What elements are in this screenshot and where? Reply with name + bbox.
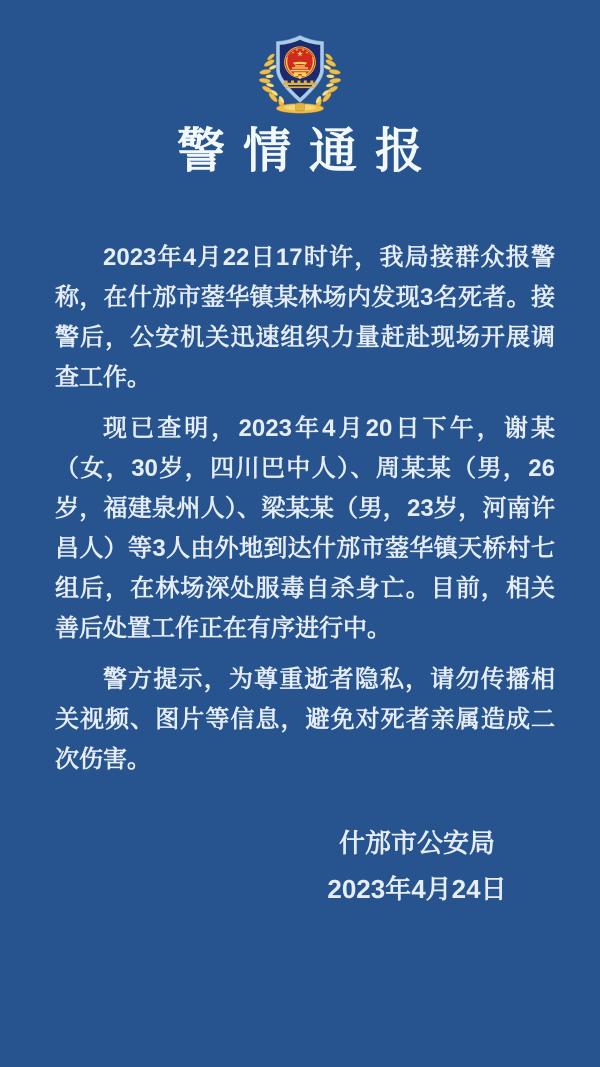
notice-body: 2023年4月22日17时许，我局接群众报警称，在什邡市蓥华镇某林场内发现3名死… <box>55 238 555 780</box>
signature-agency: 什邡市公安局 <box>234 820 600 866</box>
notice-title: 警情通报 <box>0 124 600 180</box>
police-notice-page: 警情通报 2023年4月22日17时许，我局接群众报警称，在什邡市蓥华镇某林场内… <box>0 0 600 1067</box>
signature-date: 2023年4月24日 <box>234 866 600 912</box>
signature-block: 什邡市公安局 2023年4月24日 <box>234 820 600 912</box>
notice-paragraph-report: 2023年4月22日17时许，我局接群众报警称，在什邡市蓥华镇某林场内发现3名死… <box>55 238 555 398</box>
police-badge-icon <box>256 33 344 116</box>
notice-paragraph-findings: 现已查明，2023年4月20日下午，谢某（女，30岁，四川巴中人）、周某某（男，… <box>55 409 555 649</box>
notice-paragraph-advisory: 警方提示，为尊重逝者隐私，请勿传播相关视频、图片等信息，避免对死者亲属造成二次伤… <box>55 660 555 780</box>
